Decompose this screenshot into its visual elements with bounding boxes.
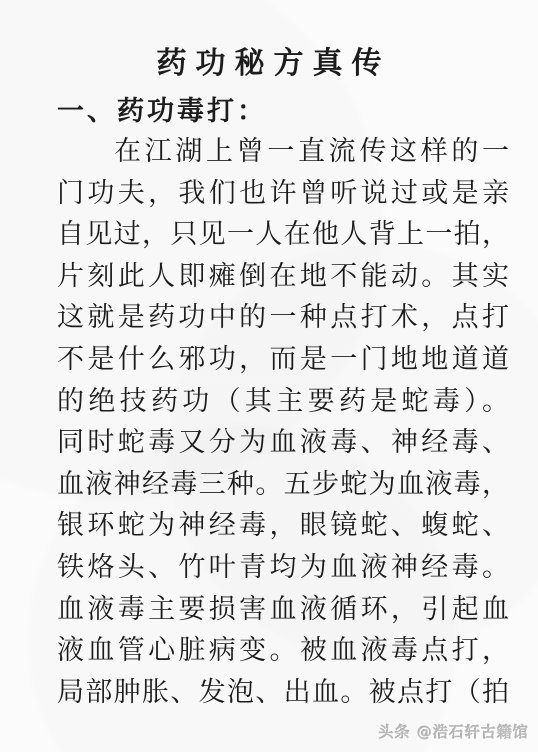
text-line: 血液毒主要损害血液循环，引起血	[57, 589, 509, 631]
text-line: 这就是药功中的一种点打术，点打	[57, 297, 509, 339]
text-line: 铁烙头、竹叶青均为血液神经毒。	[57, 547, 509, 589]
document-page: 药功秘方真传 一、药功毒打： 在江湖上曾一直流传这样的一 门功夫，我们也许曾听说…	[0, 0, 538, 752]
section-heading: 一、药功毒打：	[57, 89, 267, 128]
text-line: 同时蛇毒又分为血液毒、神经毒、	[57, 422, 509, 464]
text-line: 门功夫，我们也许曾听说过或是亲	[57, 173, 509, 215]
text-line: 血液神经毒三种。五步蛇为血液毒，	[57, 464, 509, 506]
text-line: 的绝技药功（其主要药是蛇毒）。	[57, 381, 509, 423]
text-line: 在江湖上曾一直流传这样的一	[57, 131, 509, 173]
text-line: 自见过，只见一人在他人背上一拍，	[57, 214, 509, 256]
text-line: 局部肿胀、发泡、出血。被点打（拍	[57, 672, 509, 714]
text-line: 银环蛇为神经毒，眼镜蛇、蝮蛇、	[57, 505, 509, 547]
text-line: 片刻此人即瘫倒在地不能动。其实	[57, 256, 509, 298]
toutiao-watermark: 头条 @浩石轩古籍馆	[379, 721, 529, 742]
text-line: 液血管心脏病变。被血液毒点打，	[57, 630, 509, 672]
document-title: 药功秘方真传	[0, 38, 538, 82]
text-line: 不是什么邪功，而是一门地地道道	[57, 339, 509, 381]
body-paragraph: 在江湖上曾一直流传这样的一 门功夫，我们也许曾听说过或是亲 自见过，只见一人在他…	[57, 131, 509, 713]
